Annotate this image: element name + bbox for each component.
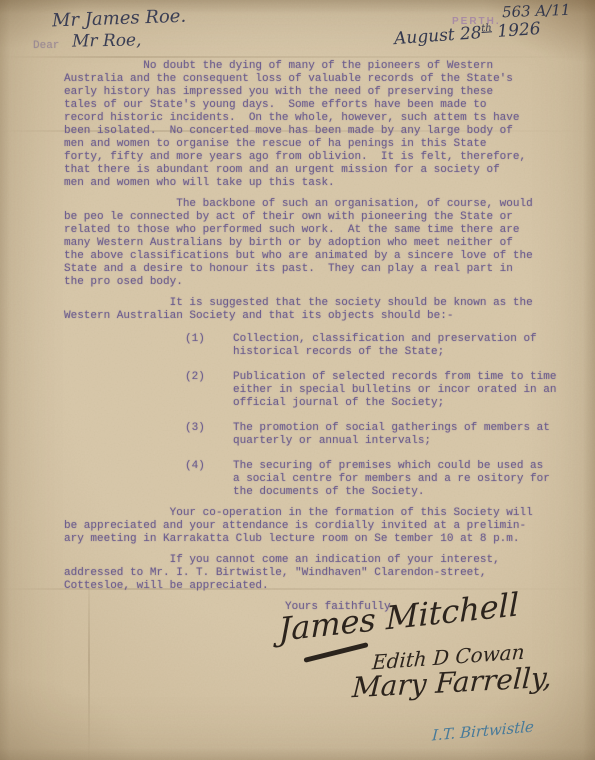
list-item-text: Publication of selected records from tim… <box>233 371 556 410</box>
paragraph-cooperation: Your co-operation in the formation of th… <box>64 507 570 546</box>
list-item-number: (4) <box>185 460 233 499</box>
objects-list: (1) Collection, classification and prese… <box>185 333 570 499</box>
list-item-text: The securing of premises which could be … <box>233 460 550 499</box>
signature-birtwistle: I.T. Birtwistle <box>432 717 535 744</box>
list-item-number: (1) <box>185 333 233 359</box>
list-item: (2) Publication of selected records from… <box>185 371 570 410</box>
date-year: 1926 <box>491 19 541 42</box>
list-item: (3) The promotion of social gatherings o… <box>185 422 570 448</box>
recipient-annotation: Mr James Roe. <box>52 6 187 32</box>
list-item-text: The promotion of social gatherings of me… <box>233 422 550 448</box>
paragraph-society-name: It is suggested that the society should … <box>64 297 570 323</box>
list-item-text: Collection, classification and preservat… <box>233 333 537 359</box>
salutation-typed: Dear <box>33 40 59 53</box>
letter-body: No doubt the dying of many of the pionee… <box>64 60 570 614</box>
list-item: (1) Collection, classification and prese… <box>185 333 570 359</box>
crease-line <box>0 56 595 58</box>
list-item: (4) The securing of premises which could… <box>185 460 570 499</box>
paragraph-backbone: The backbone of such an organisation, of… <box>64 198 570 289</box>
pen-stroke <box>303 642 368 663</box>
list-item-number: (2) <box>185 371 233 410</box>
list-item-number: (3) <box>185 422 233 448</box>
letter-page: Mr James Roe. Dear Mr Roe, 563 A/11 PERT… <box>0 0 595 760</box>
date-day: August 28 <box>393 23 482 49</box>
paragraph-intro: No doubt the dying of many of the pionee… <box>64 60 570 190</box>
date-annotation: August 28th 1926 <box>393 19 541 49</box>
salutation-handwritten: Mr Roe, <box>72 30 142 51</box>
